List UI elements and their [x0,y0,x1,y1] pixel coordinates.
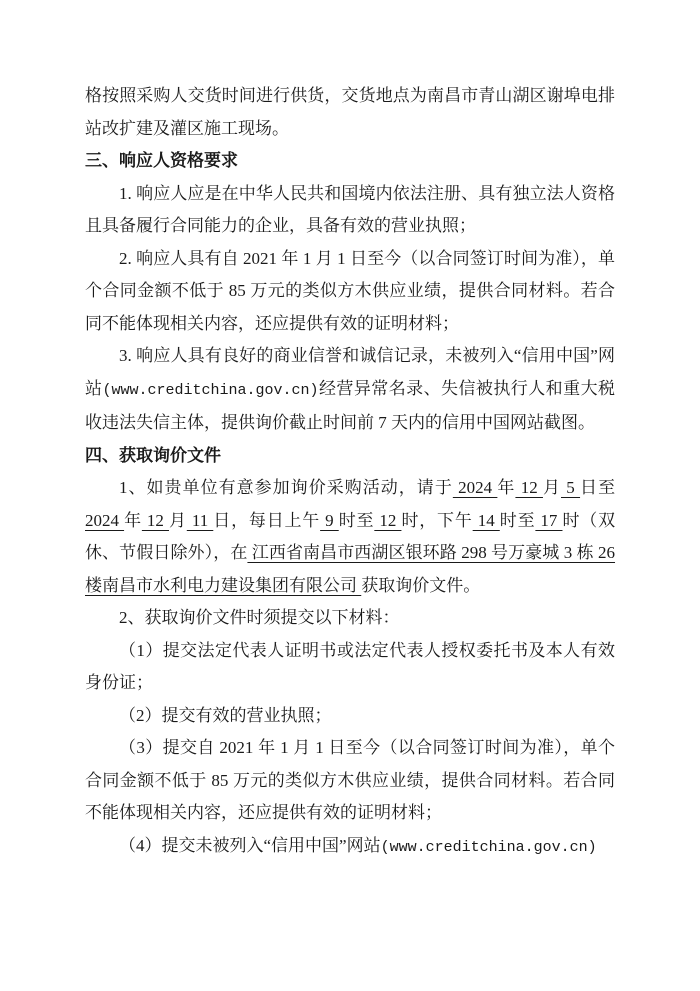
text-run: （3）提交自 2021 年 1 月 1 日至今（以合同签订时间为准），单个合同金… [85,738,615,822]
filled-blank: 17 [535,511,562,530]
filled-blank: 12 [142,511,169,530]
url-text: (www.creditchina.gov.cn) [381,839,597,856]
text-run: 时至 [339,511,375,530]
text-run: 1、如贵单位有意参加询价采购活动，请于 [119,478,453,497]
text-run: 月 [543,478,561,497]
text-run: 2、获取询价文件时须提交以下材料： [119,608,400,627]
text-run: 2. 响应人具有自 2021 年 1 月 1 日至今（以合同签订时间为准），单个… [85,249,615,333]
paragraph: 3. 响应人具有良好的商业信誉和诚信记录，未被列入“信用中国”网站(www.cr… [85,340,615,440]
paragraph: 2. 响应人具有自 2021 年 1 月 1 日至今（以合同签订时间为准），单个… [85,243,615,341]
filled-blank: 14 [473,511,500,530]
filled-blank: 2024 [85,511,124,530]
filled-blank: 11 [187,511,213,530]
text-run: 月 [169,511,187,530]
paragraph: （2）提交有效的营业执照； [85,700,615,733]
text-run: 三、响应人资格要求 [85,151,238,170]
filled-blank: 5 [561,478,580,497]
section-heading: 四、获取询价文件 [85,440,615,473]
text-run: 年 [497,478,515,497]
text-run: 年 [124,511,142,530]
text-run: 时至 [500,511,536,530]
text-run: 四、获取询价文件 [85,446,221,465]
paragraph: （4）提交未被列入“信用中国”网站(www.creditchina.gov.cn… [85,830,615,865]
paragraph: 2、获取询价文件时须提交以下材料： [85,602,615,635]
text-run: 格按照采购人交货时间进行供货，交货地点为南昌市青山湖区谢埠电排站改扩建及灌区施工… [85,86,615,138]
text-run: 1. 响应人应是在中华人民共和国境内依法注册、具有独立法人资格且具备履行合同能力… [85,184,615,236]
text-run: 日，每日上午 [213,511,320,530]
filled-blank: 12 [374,511,401,530]
text-run: 日至 [580,478,615,497]
paragraph: 1. 响应人应是在中华人民共和国境内依法注册、具有独立法人资格且具备履行合同能力… [85,178,615,243]
filled-blank: 2024 [453,478,498,497]
filled-blank: 9 [320,511,339,530]
text-run: （4）提交未被列入“信用中国”网站 [119,836,381,855]
filled-blank: 12 [515,478,543,497]
document-body: 格按照采购人交货时间进行供货，交货地点为南昌市青山湖区谢埠电排站改扩建及灌区施工… [85,80,615,864]
paragraph: 格按照采购人交货时间进行供货，交货地点为南昌市青山湖区谢埠电排站改扩建及灌区施工… [85,80,615,145]
section-heading: 三、响应人资格要求 [85,145,615,178]
text-run: （1）提交法定代表人证明书或法定代表人授权委托书及本人有效身份证； [85,641,615,693]
paragraph: （3）提交自 2021 年 1 月 1 日至今（以合同签订时间为准），单个合同金… [85,732,615,830]
paragraph: （1）提交法定代表人证明书或法定代表人授权委托书及本人有效身份证； [85,635,615,700]
text-run: 时，下午 [401,511,472,530]
text-run: （2）提交有效的营业执照； [119,706,332,725]
paragraph: 1、如贵单位有意参加询价采购活动，请于 2024 年 12 月 5 日至 202… [85,472,615,602]
text-run: 获取询价文件。 [361,576,480,595]
url-text: (www.creditchina.gov.cn) [102,382,318,399]
document-page: 格按照采购人交货时间进行供货，交货地点为南昌市青山湖区谢埠电排站改扩建及灌区施工… [0,0,700,991]
